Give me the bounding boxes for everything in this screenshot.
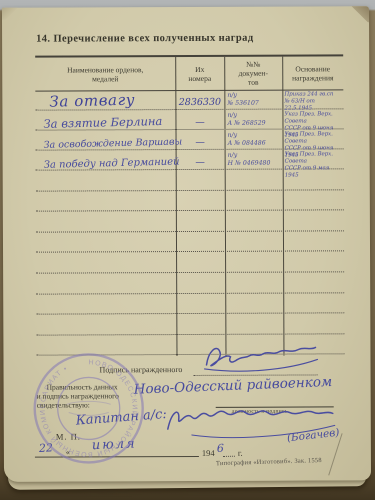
award-name-cell: За взятие Берлина (35, 109, 175, 132)
award-name-cell (36, 252, 176, 272)
svg-text:НОВО-ОДЕССКИЙ РАЙОННЫЙ ВОЕННЫЙ: НОВО-ОДЕССКИЙ РАЙОННЫЙ ВОЕННЫЙ КОМИССАРИ… (39, 359, 140, 459)
year-suffix: г. (238, 448, 243, 458)
printing-house-imprint: Типография «Изготовиб». Зак. 1558 (216, 457, 322, 467)
award-name-cell (36, 273, 176, 293)
award-basis-cell (283, 231, 344, 251)
header-award-basis: Основание награждения (282, 56, 343, 89)
empty-table-row (36, 313, 344, 335)
header-document-number: №№ докумен- тов (224, 57, 282, 90)
award-number-cell (176, 314, 225, 334)
empty-table-row (36, 211, 344, 233)
document-number-cell (225, 314, 283, 334)
award-number-cell (176, 211, 225, 231)
document-number-cell (225, 211, 283, 231)
document-number-cell (225, 170, 283, 190)
document-number-cell: п/у Н № 0469480 (225, 150, 283, 169)
paper-corner-fold-left (2, 8, 18, 20)
document-number-cell (225, 190, 283, 210)
award-record-page: 14. Перечисление всех полученных наград … (2, 6, 371, 482)
award-name-cell (36, 232, 176, 252)
empty-table-row (36, 231, 344, 253)
table-row: За победу над Германией—п/у Н № 0469480У… (36, 149, 344, 170)
empty-table-row (36, 190, 344, 212)
awardee-signature-scribble (199, 340, 321, 375)
award-basis-cell: Указ През. Верх. Совета СССР от 9 июня 1… (282, 109, 343, 128)
award-basis-cell (283, 252, 344, 272)
award-basis-cell: Указ През. Верх. Совета СССР от 9 мая 19… (283, 149, 344, 168)
award-basis-cell (283, 272, 344, 292)
document-number-cell (225, 231, 283, 251)
stamp-arc-text: НОВО-ОДЕССКИЙ РАЙОННЫЙ ВОЕННЫЙ КОМИССАРИ… (39, 359, 140, 459)
paper-corner-fold-right (347, 6, 369, 22)
empty-table-row (36, 293, 344, 315)
award-number-cell: — (176, 130, 225, 149)
award-number-cell: — (176, 150, 225, 169)
award-basis-cell (283, 169, 344, 189)
awards-table-rows: За отвагу2836330п/у № 536107Приказ 244 г… (35, 89, 344, 356)
section-title: 14. Перечисление всех полученных наград (36, 33, 253, 45)
document-number-cell (225, 293, 283, 313)
award-name-cell (36, 211, 176, 231)
award-name-cell (36, 191, 176, 211)
award-name-cell (36, 314, 176, 334)
award-number-cell (176, 190, 225, 210)
award-name-cell: За победу над Германией (35, 149, 175, 172)
award-number-cell (176, 232, 225, 252)
award-name-cell: За отвагу (35, 89, 175, 112)
award-number-cell (176, 293, 225, 313)
empty-table-row (36, 252, 344, 274)
printed-year-prefix: 194 (202, 448, 215, 458)
table-header-row: Наименование орденов, медалей Их номера … (35, 56, 343, 91)
photo-of-document: 14. Перечисление всех полученных наград … (0, 0, 375, 500)
document-number-cell: п/у № 536107 (224, 90, 282, 109)
awards-table: Наименование орденов, медалей Их номера … (35, 54, 344, 356)
header-award-name: Наименование орденов, медалей (35, 57, 175, 91)
table-row: За взятие Берлина—п/у А № 268529Указ Пре… (35, 109, 343, 130)
document-number-cell (225, 273, 283, 293)
award-number-cell (176, 273, 225, 293)
award-number-cell (176, 170, 225, 190)
header-award-number: Их номера (175, 57, 224, 90)
table-row: За отвагу2836330п/у № 536107Приказ 244 г… (35, 89, 343, 110)
table-row: За освобождение Варшавы—п/у А № 084486Ук… (36, 129, 344, 150)
award-basis-cell (283, 211, 344, 231)
empty-table-row (36, 169, 344, 191)
award-number-cell: — (175, 110, 224, 129)
award-basis-cell (283, 293, 344, 313)
award-basis-cell: Указ През. Верх. Совета СССР от 9 июня 1… (283, 129, 344, 148)
document-number-cell (225, 252, 283, 272)
award-number-cell (176, 252, 225, 272)
award-name-cell (36, 170, 176, 190)
award-basis-cell: Приказ 244 гв.сп № 63/Н от 22.5.1945 (282, 89, 343, 108)
award-number-cell: 2836330 (175, 90, 224, 109)
award-name-cell (36, 294, 176, 314)
round-ink-stamp: НОВО-ОДЕССКИЙ РАЙОННЫЙ ВОЕННЫЙ КОМИССАРИ… (28, 348, 149, 469)
document-number-cell: п/у А № 268529 (224, 110, 282, 129)
award-basis-cell (283, 313, 344, 333)
year-dotted-line (223, 443, 235, 457)
empty-table-row (36, 272, 344, 294)
award-basis-cell (283, 190, 344, 210)
award-name-cell: За освобождение Варшавы (35, 129, 175, 152)
document-number-cell: п/у А № 084486 (225, 130, 283, 149)
